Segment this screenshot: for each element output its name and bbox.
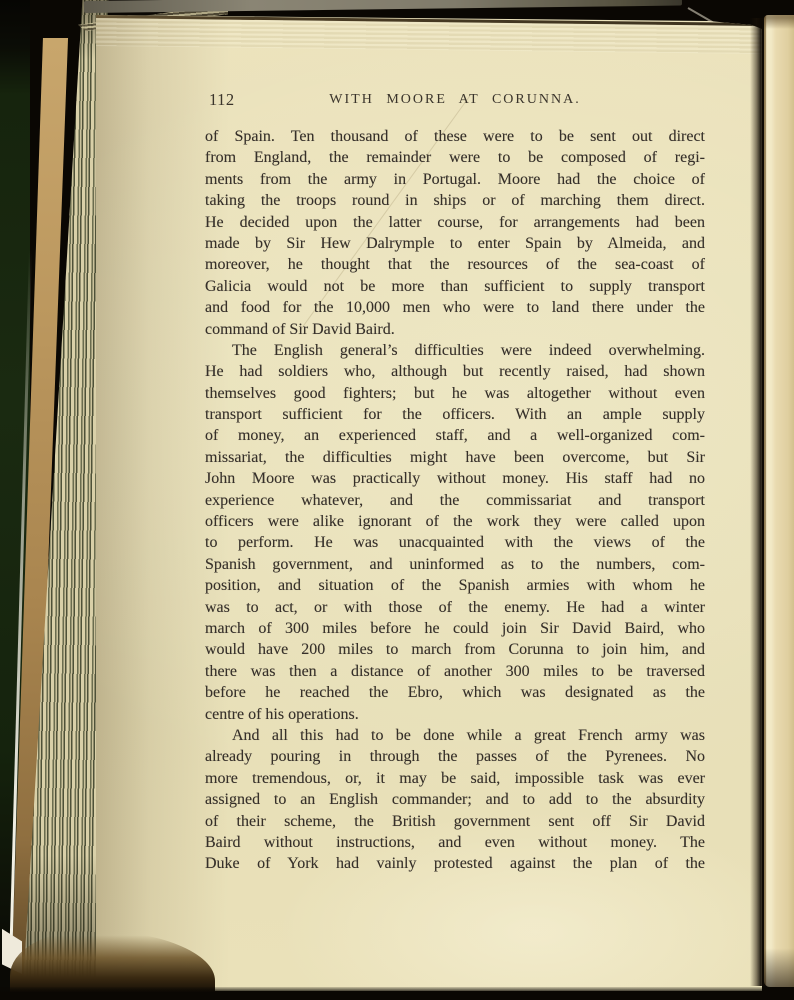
text-line: to perform. He was unacquainted with the… — [205, 532, 705, 553]
text-line: centre of his operations. — [205, 704, 705, 725]
text-line: John Moore was practically without money… — [205, 468, 705, 489]
text-line: missariat, the difficulties might have b… — [205, 447, 705, 468]
text-line: march of 300 miles before he could join … — [205, 618, 705, 639]
text-line: command of Sir David Baird. — [205, 319, 705, 340]
text-line: would have 200 miles to march from Corun… — [205, 639, 705, 660]
text-line: assigned to an English commander; and to… — [205, 789, 705, 810]
facing-page-edge — [764, 15, 794, 987]
book-page: 112 WITH MOORE AT CORUNNA. of Spain. Ten… — [96, 9, 762, 991]
book-photo-scene: 112 WITH MOORE AT CORUNNA. of Spain. Ten… — [0, 0, 794, 1000]
text-line: there was then a distance of another 300… — [205, 661, 705, 682]
paragraph: of Spain. Ten thousand of these were to … — [205, 126, 705, 340]
text-line: more tremendous, or, it may be said, imp… — [205, 768, 705, 789]
text-line: ments from the army in Portugal. Moore h… — [205, 169, 705, 190]
text-line: from England, the remainder were to be c… — [205, 147, 705, 168]
body-text: of Spain. Ten thousand of these were to … — [205, 126, 705, 875]
text-line: Baird without instructions, and even wit… — [205, 832, 705, 853]
page-header: 112 WITH MOORE AT CORUNNA. — [205, 90, 705, 110]
text-line: of their scheme, the British government … — [205, 811, 705, 832]
text-line: Galicia would not be more than sufficien… — [205, 276, 705, 297]
text-line: themselves good fighters; but he was alt… — [205, 383, 705, 404]
text-line: of money, an experienced staff, and a we… — [205, 425, 705, 446]
text-line: transport sufficient for the officers. W… — [205, 404, 705, 425]
text-line: made by Sir Hew Dalrymple to enter Spain… — [205, 233, 705, 254]
text-line: already pouring in through the passes of… — [205, 746, 705, 767]
text-line: Spanish government, and uninformed as to… — [205, 554, 705, 575]
text-line: experience whatever, and the commissaria… — [205, 490, 705, 511]
text-line: Duke of York had vainly protested agains… — [205, 853, 705, 874]
text-line: He decided upon the latter course, for a… — [205, 212, 705, 233]
text-line: taking the troops round in ships or of m… — [205, 190, 705, 211]
text-line: position, and situation of the Spanish a… — [205, 575, 705, 596]
text-line: And all this had to be done while a grea… — [205, 725, 705, 746]
paragraph: The English general’s difficulties were … — [205, 340, 705, 725]
text-line: He had soldiers who, although but recent… — [205, 361, 705, 382]
text-line: The English general’s difficulties were … — [205, 340, 705, 361]
text-line: moreover, he thought that the resources … — [205, 254, 705, 275]
running-header-title: WITH MOORE AT CORUNNA. — [205, 92, 705, 108]
text-line: before he reached the Ebro, which was de… — [205, 682, 705, 703]
text-line: was to act, or with those of the enemy. … — [205, 597, 705, 618]
text-line: and food for the 10,000 men who were to … — [205, 297, 705, 318]
paragraph: And all this had to be done while a grea… — [205, 725, 705, 875]
book-top-edge — [84, 0, 682, 13]
bottom-shadow — [0, 987, 794, 1000]
text-line: of Spain. Ten thousand of these were to … — [205, 126, 705, 147]
text-line: officers were alike ignorant of the work… — [205, 511, 705, 532]
